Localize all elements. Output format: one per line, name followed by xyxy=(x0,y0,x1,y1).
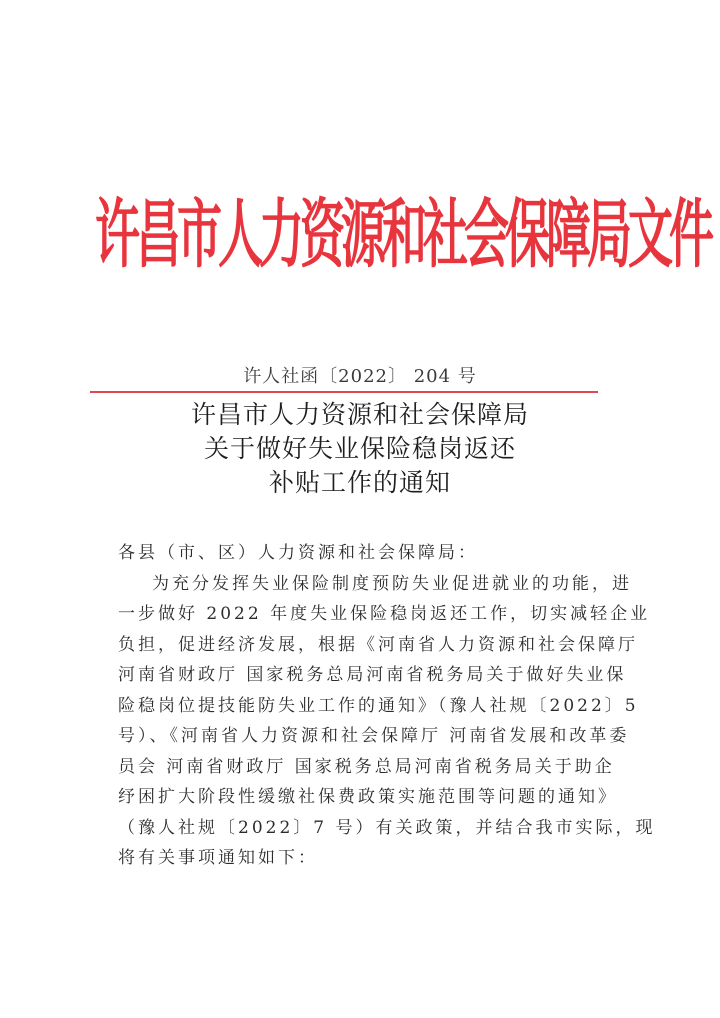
body-line: 险稳岗位提技能防失业工作的通知》（豫人社规〔2022〕5 xyxy=(118,691,598,722)
body-line: 号）、《河南省人力资源和社会保障厅 河南省发展和改革委 xyxy=(118,721,598,752)
body-line: 为充分发挥失业保险制度预防失业促进就业的功能，进 xyxy=(118,569,598,600)
issuing-authority-header: 许昌市人力资源和社会保障局文件 xyxy=(95,161,635,310)
body-line: 将有关事项通知如下： xyxy=(118,843,598,874)
body-line: 纾困扩大阶段性缓缴社保费政策实施范围等问题的通知》 xyxy=(118,782,598,813)
notice-title-line: 许昌市人力资源和社会保障局 xyxy=(0,398,720,432)
notice-title-line: 补贴工作的通知 xyxy=(0,466,720,500)
document-number: 许人社函〔2022〕 204 号 xyxy=(0,362,720,388)
body-line: 一步做好 2022 年度失业保险稳岗返还工作，切实减轻企业 xyxy=(118,599,598,630)
salutation: 各县（市、区）人力资源和社会保障局： xyxy=(118,538,598,569)
body-line: 负担，促进经济发展，根据《河南省人力资源和社会保障厅 xyxy=(118,630,598,661)
document-body: 各县（市、区）人力资源和社会保障局： 为充分发挥失业保险制度预防失业促进就业的功… xyxy=(118,538,598,874)
body-line: 河南省财政厅 国家税务总局河南省税务局关于做好失业保 xyxy=(118,660,598,691)
red-divider-rule xyxy=(90,391,598,393)
body-line: （豫人社规〔2022〕7 号）有关政策，并结合我市实际，现 xyxy=(118,813,598,844)
notice-title-line: 关于做好失业保险稳岗返还 xyxy=(0,432,720,466)
notice-title: 许昌市人力资源和社会保障局 关于做好失业保险稳岗返还 补贴工作的通知 xyxy=(0,398,720,500)
body-line: 员会 河南省财政厅 国家税务总局河南省税务局关于助企 xyxy=(118,752,598,783)
